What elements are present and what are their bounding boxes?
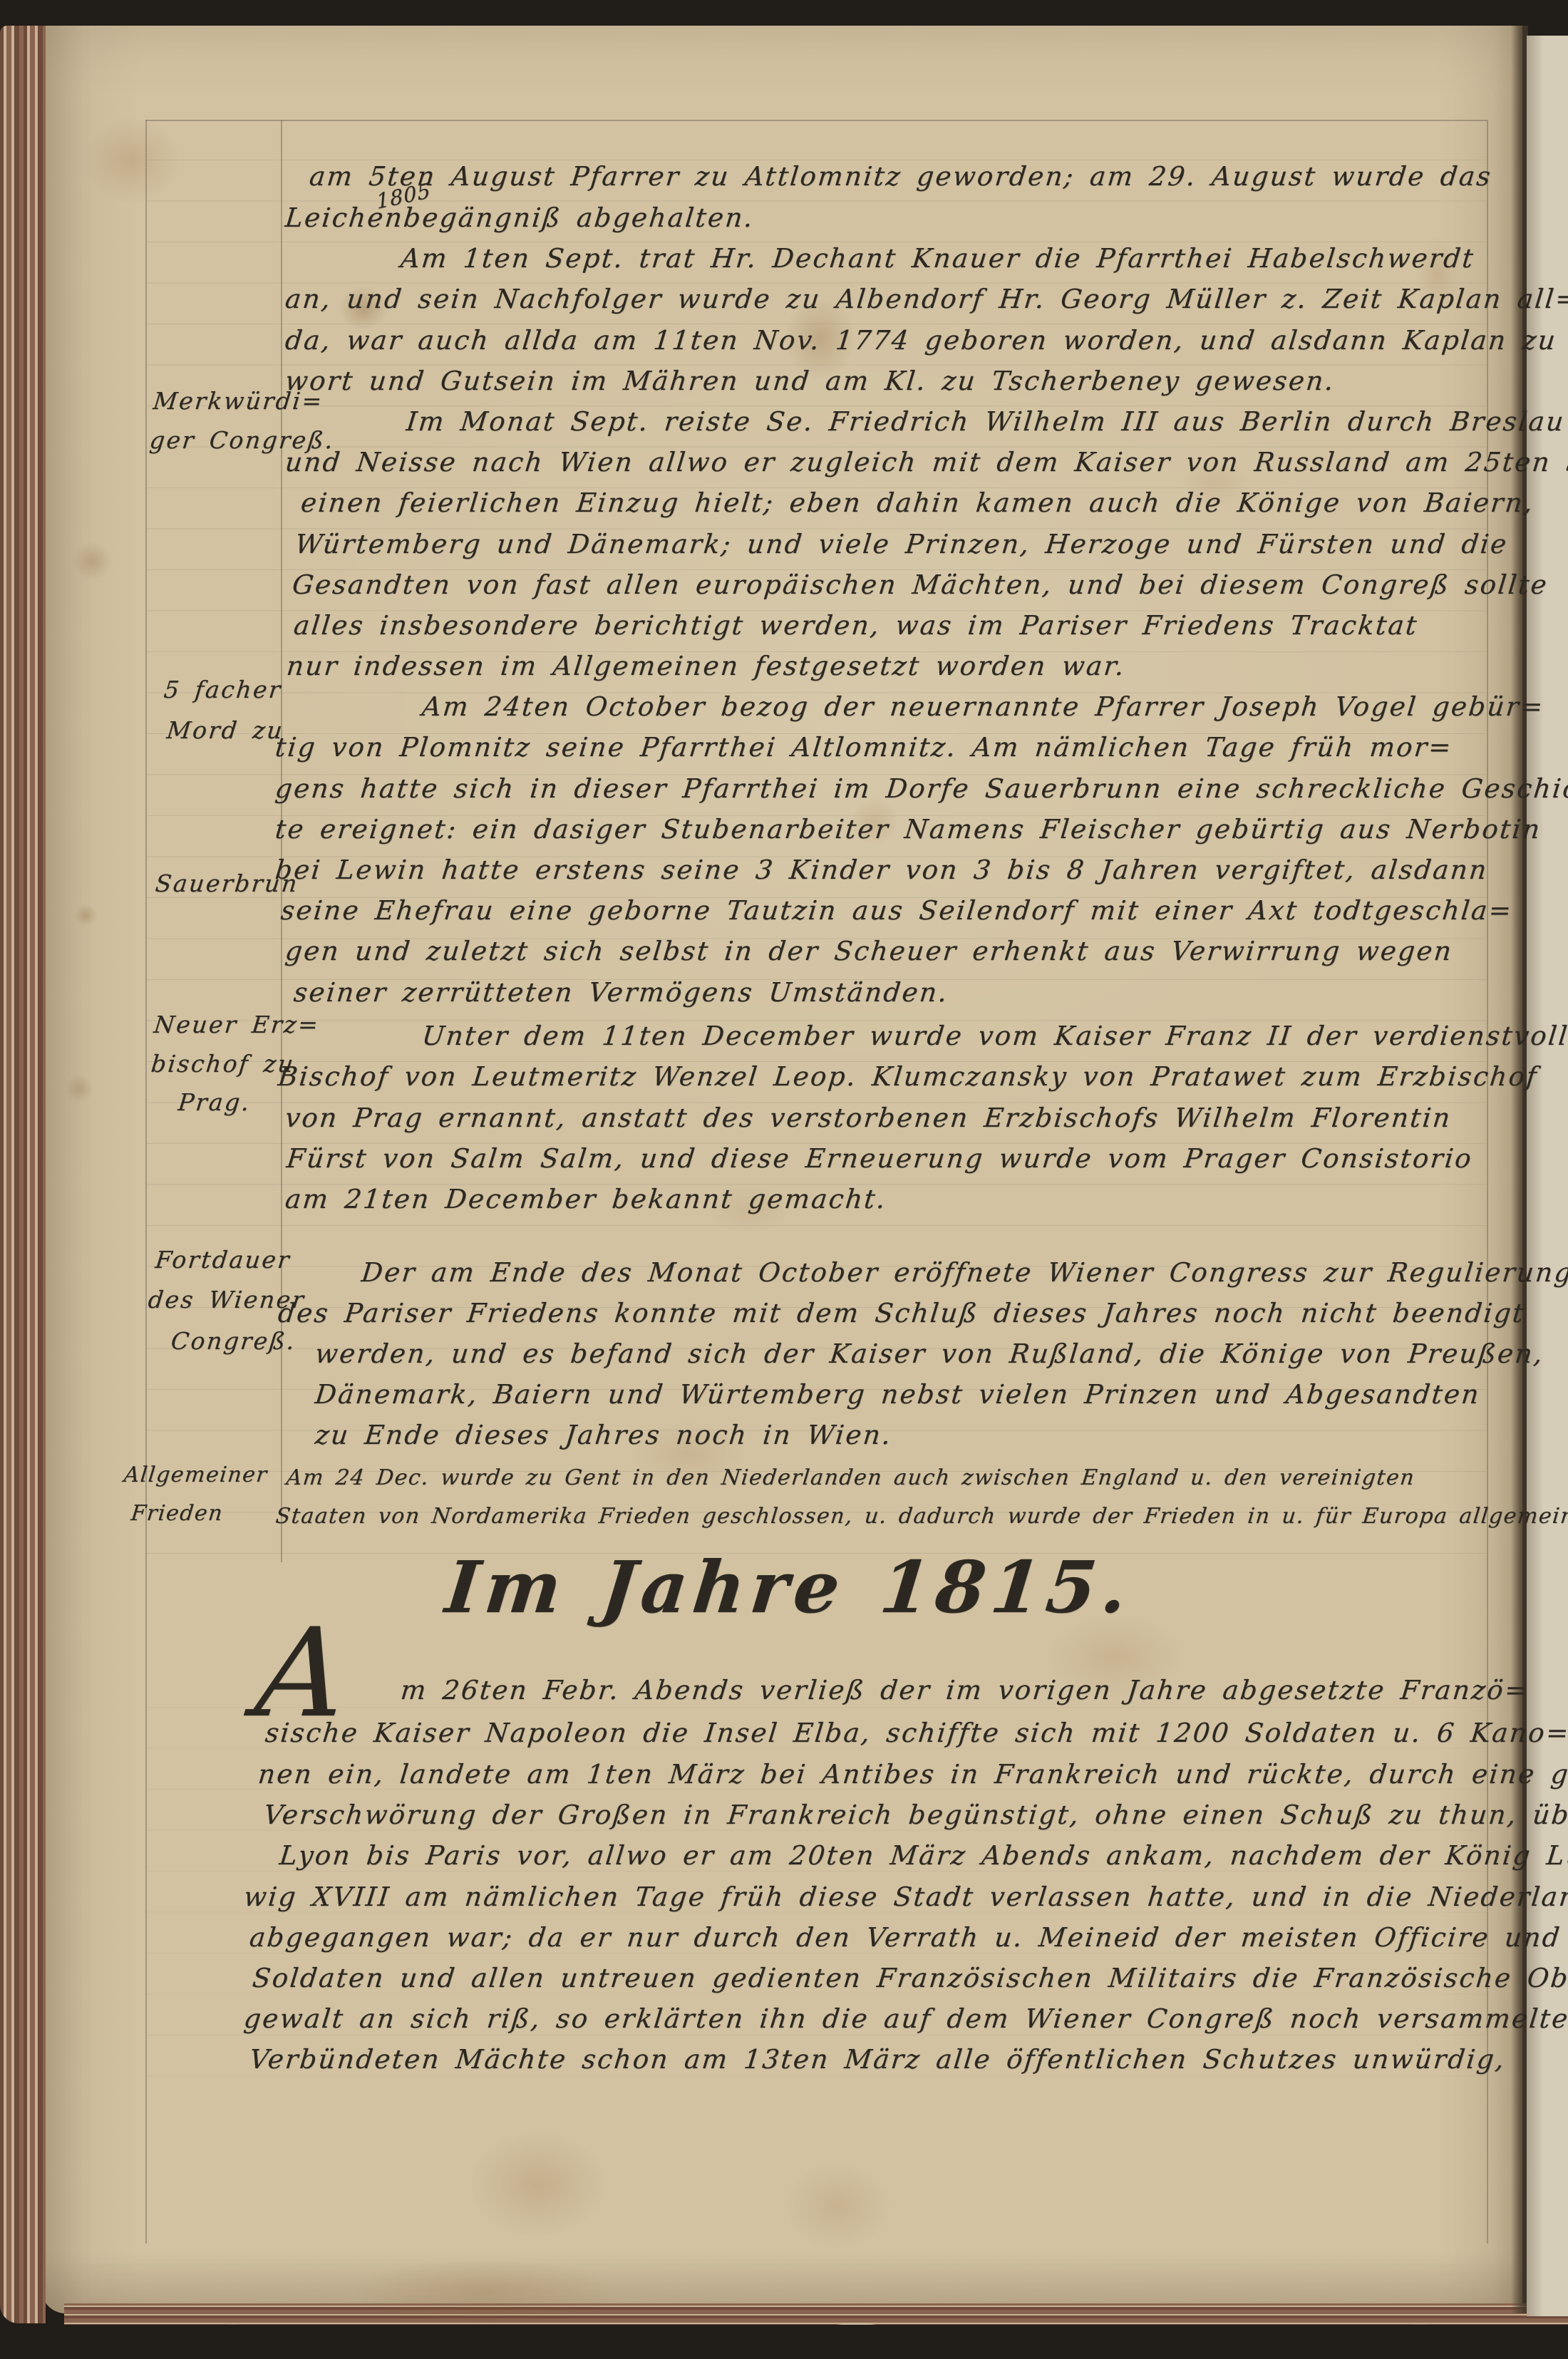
- scanned-book-spread: am 5ten August Pfarrer zu Attlomnitz gew…: [0, 0, 1568, 2359]
- margin-note: Allgemeiner: [123, 1462, 269, 1487]
- text-line: Leichenbegängniß abgehalten.: [284, 202, 755, 233]
- text-line: Fürst von Salm Salm, und diese Erneuerun…: [285, 1143, 1475, 1174]
- text-line: und Neisse nach Wien allwo er zugleich m…: [284, 447, 1568, 478]
- text-line: von Prag ernannt, anstatt des verstorben…: [284, 1103, 1453, 1133]
- text-line: seiner zerrütteten Vermögens Umständen.: [292, 977, 950, 1008]
- text-line: gewalt an sich riß, so erklärten ihn die…: [242, 2003, 1568, 2034]
- text-line: gens hatte sich in dieser Pfarrthei im D…: [274, 773, 1568, 804]
- text-line: des Pariser Friedens konnte mit dem Schl…: [277, 1298, 1527, 1328]
- margin-note: Prag.: [177, 1088, 252, 1116]
- text-line: seine Ehefrau eine geborne Tautzin aus S…: [279, 895, 1515, 926]
- text-line: Würtemberg und Dänemark; und viele Prinz…: [294, 529, 1510, 559]
- text-line: Verschwörung der Großen in Frankreich be…: [262, 1800, 1568, 1830]
- text-line: Der am Ende des Monat October eröffnete …: [360, 1257, 1568, 1288]
- text-line: einen feierlichen Einzug hielt; eben dah…: [299, 487, 1536, 518]
- text-line: Am 24 Dec. wurde zu Gent in den Niederla…: [285, 1465, 1416, 1490]
- text-line: am 5ten August Pfarrer zu Attlomnitz gew…: [308, 161, 1494, 192]
- text-line: gen und zuletzt sich selbst in der Scheu…: [284, 936, 1455, 966]
- text-line: wig XVIII am nämlichen Tage früh diese S…: [242, 1881, 1568, 1912]
- text-line: zu Ende dieses Jahres noch in Wien.: [314, 1420, 894, 1450]
- text-line: Bischof von Leutmeritz Wenzel Leop. Klum…: [277, 1061, 1539, 1092]
- text-line: da, war auch allda am 11ten Nov. 1774 ge…: [284, 325, 1568, 356]
- margin-note: Fortdauer: [154, 1246, 292, 1274]
- section-heading-1815: Im Jahre 1815.: [442, 1545, 1137, 1629]
- text-line: an, und sein Nachfolger wurde zu Albendo…: [284, 284, 1568, 314]
- text-line: nen ein, landete am 1ten März bei Antibe…: [257, 1759, 1568, 1790]
- text-line: Dänemark, Baiern und Würtemberg nebst vi…: [314, 1379, 1482, 1410]
- text-line: nur indessen im Allgemeinen festgesetzt …: [285, 651, 1127, 681]
- scanner-background-top: [0, 0, 1568, 26]
- text-line: wort und Gutsein im Mähren und am Kl. zu…: [284, 366, 1336, 396]
- text-line: alles insbesondere berichtigt werden, wa…: [292, 610, 1420, 641]
- margin-note: Mord zu: [165, 716, 285, 744]
- text-line: Verbündeten Mächte schon am 13ten März a…: [248, 2044, 1507, 2075]
- text-line: Lyon bis Paris vor, allwo er am 20ten Mä…: [278, 1840, 1568, 1871]
- margin-note: Frieden: [130, 1501, 225, 1526]
- text-line: werden, und es befand sich der Kaiser vo…: [314, 1338, 1546, 1369]
- drop-cap-initial: A: [251, 1612, 354, 1735]
- margin-note: Congreß.: [170, 1327, 297, 1355]
- text-line: Gesandten von fast allen europäischen Mä…: [291, 569, 1549, 600]
- text-line: Im Monat Sept. reiste Se. Friedrich Wilh…: [405, 406, 1567, 437]
- margin-note: 5 facher: [163, 676, 284, 703]
- text-line: Am 1ten Sept. trat Hr. Dechant Knauer di…: [399, 243, 1476, 274]
- text-line: Staaten von Nordamerika Frieden geschlos…: [274, 1504, 1568, 1529]
- text-line: bei Lewin hatte erstens seine 3 Kinder v…: [274, 855, 1490, 885]
- margin-note: Merkwürdi=: [152, 387, 325, 415]
- text-line: Soldaten und allen untreuen gedienten Fr…: [251, 1963, 1568, 1993]
- text-line: m 26ten Febr. Abends verließ der im vori…: [399, 1675, 1530, 1705]
- text-line: Unter dem 11ten December wurde vom Kaise…: [421, 1021, 1568, 1051]
- text-line: Am 24ten October bezog der neuernannte P…: [421, 691, 1546, 722]
- text-line: tig von Plomnitz seine Pfarrthei Altlomn…: [274, 732, 1454, 763]
- text-line: am 21ten December bekannt gemacht.: [284, 1184, 888, 1214]
- book-page-block-left-edge: [0, 26, 46, 2323]
- pencil-rule-top: [145, 120, 1487, 121]
- text-line: abgegangen war; da er nur durch den Verr…: [248, 1922, 1562, 1953]
- text-line: te ereignet: ein dasiger Stubenarbeiter …: [274, 814, 1543, 845]
- scanner-background-bottom: [0, 2325, 1568, 2359]
- margin-note: Neuer Erz=: [153, 1011, 321, 1038]
- margin-note: bischof zu: [150, 1050, 296, 1078]
- text-line: sische Kaiser Napoleon die Insel Elba, s…: [264, 1718, 1568, 1748]
